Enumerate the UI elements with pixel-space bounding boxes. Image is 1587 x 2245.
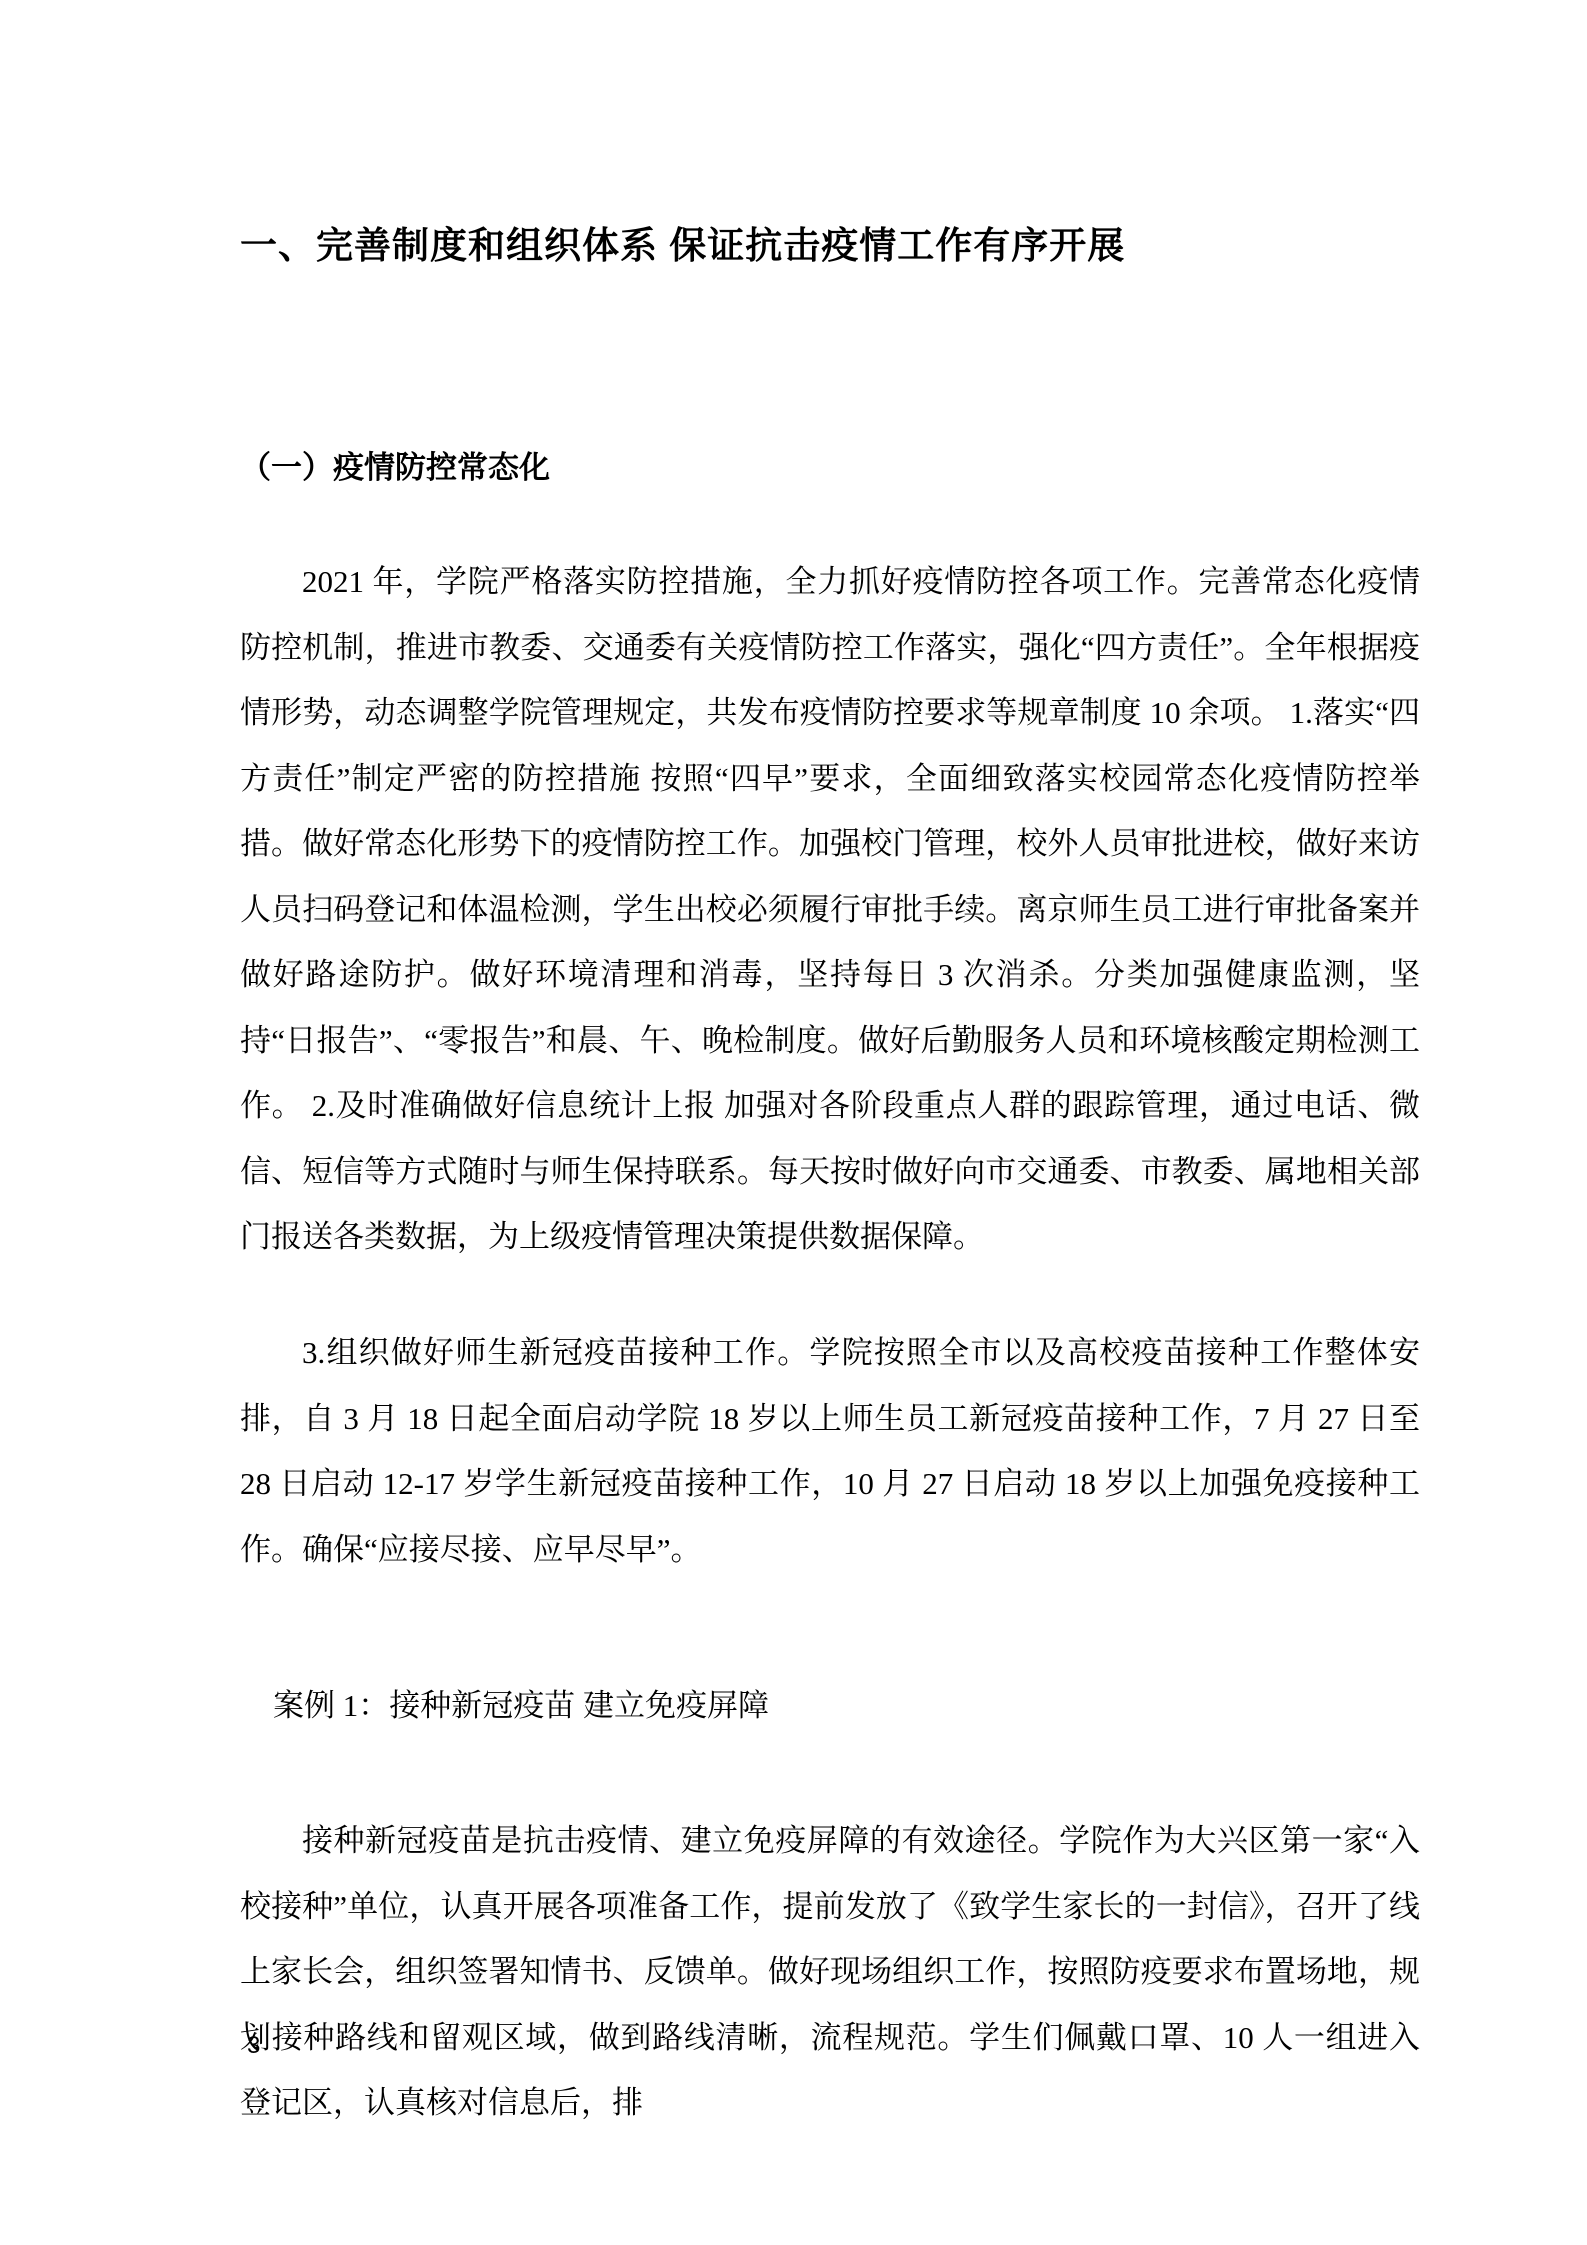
- subsection-heading: （一）疫情防控常态化: [240, 442, 1420, 487]
- document-page: 一、完善制度和组织体系 保证抗击疫情工作有序开展 （一）疫情防控常态化 2021…: [0, 0, 1587, 2245]
- case-heading: 案例 1：接种新冠疫苗 建立免疫屏障: [240, 1673, 1420, 1739]
- page-number: 3: [247, 2032, 260, 2060]
- paragraph-case-vaccination: 接种新冠疫苗是抗击疫情、建立免疫屏障的有效途径。学院作为大兴区第一家“入校接种”…: [240, 1808, 1420, 2136]
- paragraph-vaccination-schedule: 3.组织做好师生新冠疫苗接种工作。学院按照全市以及高校疫苗接种工作整体安排，自 …: [240, 1320, 1420, 1582]
- section-heading: 一、完善制度和组织体系 保证抗击疫情工作有序开展: [240, 215, 1480, 269]
- paragraph-epidemic-control: 2021 年，学院严格落实防控措施，全力抓好疫情防控各项工作。完善常态化疫情防控…: [240, 549, 1420, 1270]
